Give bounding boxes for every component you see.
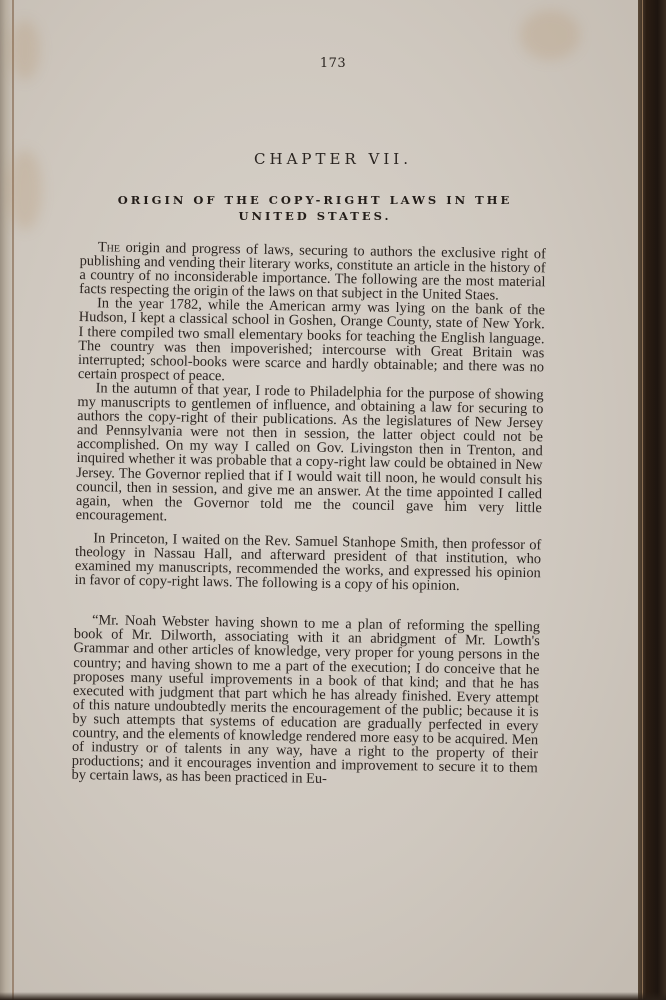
book-spine-edge xyxy=(638,0,666,1000)
paragraph-text: origin and progress of laws, securing to… xyxy=(79,240,546,304)
body-text: The origin and progress of laws, securin… xyxy=(71,240,545,790)
paragraph-text: In the year 1782, while the American arm… xyxy=(78,296,545,384)
paragraph-text: In Princeton, I waited on the Rev. Samue… xyxy=(75,530,542,594)
paragraph-text: In the autumn of that year, I rode to Ph… xyxy=(76,380,544,524)
spine-line xyxy=(642,0,643,1000)
book-page: 173 CHAPTER VII. ORIGIN OF THE COPY-RIGH… xyxy=(0,0,638,1000)
page-number: 173 xyxy=(0,56,638,71)
section-heading: ORIGIN OF THE COPY-RIGHT LAWS IN THE UNI… xyxy=(100,192,530,224)
chapter-title: CHAPTER VII. xyxy=(0,150,638,168)
paragraph: In Princeton, I waited on the Rev. Samue… xyxy=(75,531,542,595)
paragraph: The origin and progress of laws, securin… xyxy=(79,240,546,304)
paragraph: In the autumn of that year, I rode to Ph… xyxy=(76,381,544,529)
quoted-paragraph: “Mr. Noah Webster having shown to me a p… xyxy=(71,613,540,789)
foxing-stain xyxy=(520,10,580,60)
paragraph-text: “Mr. Noah Webster having shown to me a p… xyxy=(71,612,540,787)
paragraph: In the year 1782, while the American arm… xyxy=(78,296,545,388)
foxing-stain xyxy=(10,20,40,80)
bottom-shadow xyxy=(0,992,666,1000)
